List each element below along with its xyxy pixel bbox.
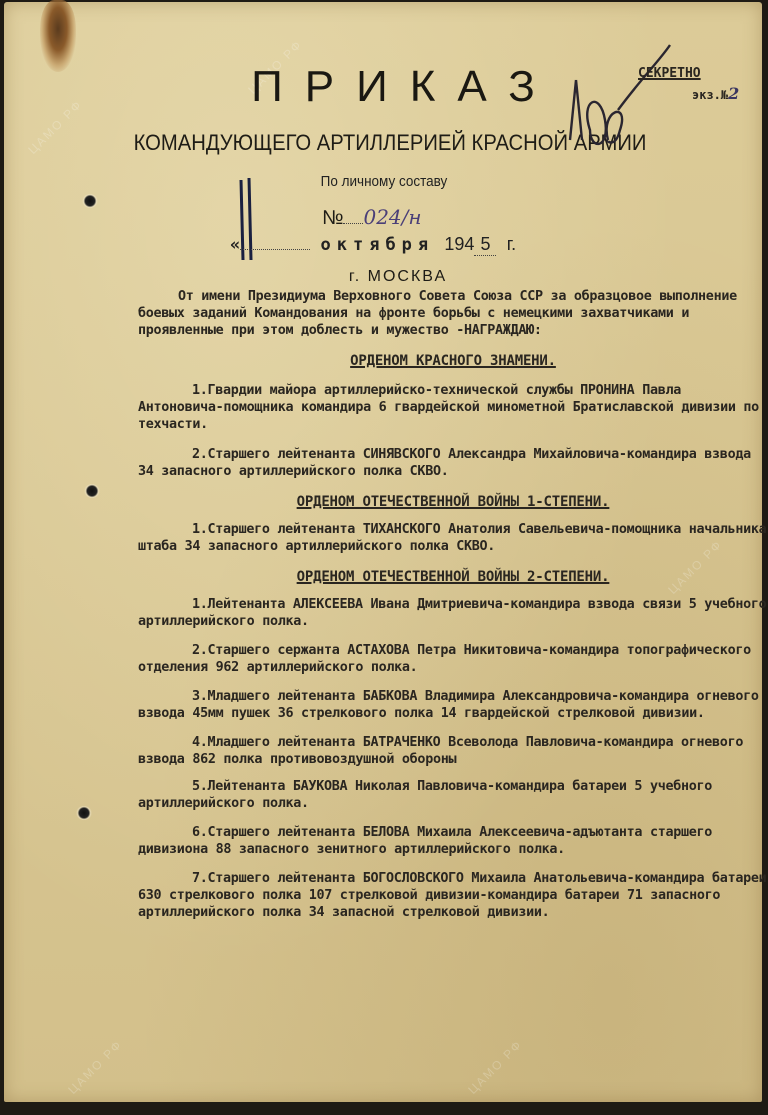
date-year-unit: г. (507, 234, 516, 254)
classification-stamp: СЕКРЕТНО (638, 66, 701, 81)
award-item: 3.Младшего лейтенанта БАБКОВА Владимира … (138, 688, 768, 722)
award-item: 2.Старшего сержанта АСТАХОВА Петра Никит… (138, 642, 768, 676)
award-item: 1.Старшего лейтенанта ТИХАНСКОГО Анатоли… (138, 521, 768, 555)
award-item: 6.Старшего лейтенанта БЕЛОВА Михаила Але… (138, 824, 768, 858)
preamble: От имени Президиума Верховного Совета Со… (138, 288, 768, 339)
award-item: 2.Старшего лейтенанта СИНЯВСКОГО Алексан… (138, 446, 768, 480)
section-label: По личному составу (38, 173, 729, 190)
copy-number-value: 2 (728, 84, 739, 103)
number-prefix: № (322, 207, 343, 229)
date-quote: « (230, 235, 240, 255)
order-number-value: 024/н (363, 205, 421, 229)
award-heading: ОРДЕНОМ ОТЕЧЕСТВЕННОЙ ВОЙНЫ 1-СТЕПЕНИ. (138, 494, 768, 511)
date-month: октября (321, 235, 435, 255)
order-number: №024/н (322, 205, 422, 230)
date-year-prefix: 194 (444, 234, 474, 254)
punch-hole (82, 194, 98, 208)
award-item: 7.Старшего лейтенанта БОГОСЛОВСКОГО Миха… (138, 870, 768, 921)
order-date: « октября 1945 г. (230, 234, 516, 256)
copy-label: экз.№ (692, 88, 728, 102)
date-year-suffix: 5 (474, 234, 496, 256)
award-item: 1.Лейтенанта АЛЕКСЕЕВА Ивана Дмитриевича… (138, 596, 768, 630)
order-body: От имени Президиума Верховного Совета Со… (138, 288, 768, 921)
city: г. МОСКВА (0, 268, 768, 286)
copy-number: экз.№2 (692, 84, 739, 103)
archive-handwritten-mark (560, 40, 680, 160)
punch-hole (76, 806, 92, 820)
award-item: 4.Младшего лейтенанта БАТРАЧЕНКО Всеволо… (138, 734, 768, 768)
award-heading: ОРДЕНОМ ОТЕЧЕСТВЕННОЙ ВОЙНЫ 2-СТЕПЕНИ. (138, 569, 768, 586)
award-item: 5.Лейтенанта БАУКОВА Николая Павловича-к… (138, 778, 768, 812)
award-item: 1.Гвардии майора артиллерийско-техническ… (138, 382, 768, 433)
award-heading: ОРДЕНОМ КРАСНОГО ЗНАМЕНИ. (138, 353, 768, 370)
punch-hole (84, 484, 100, 498)
